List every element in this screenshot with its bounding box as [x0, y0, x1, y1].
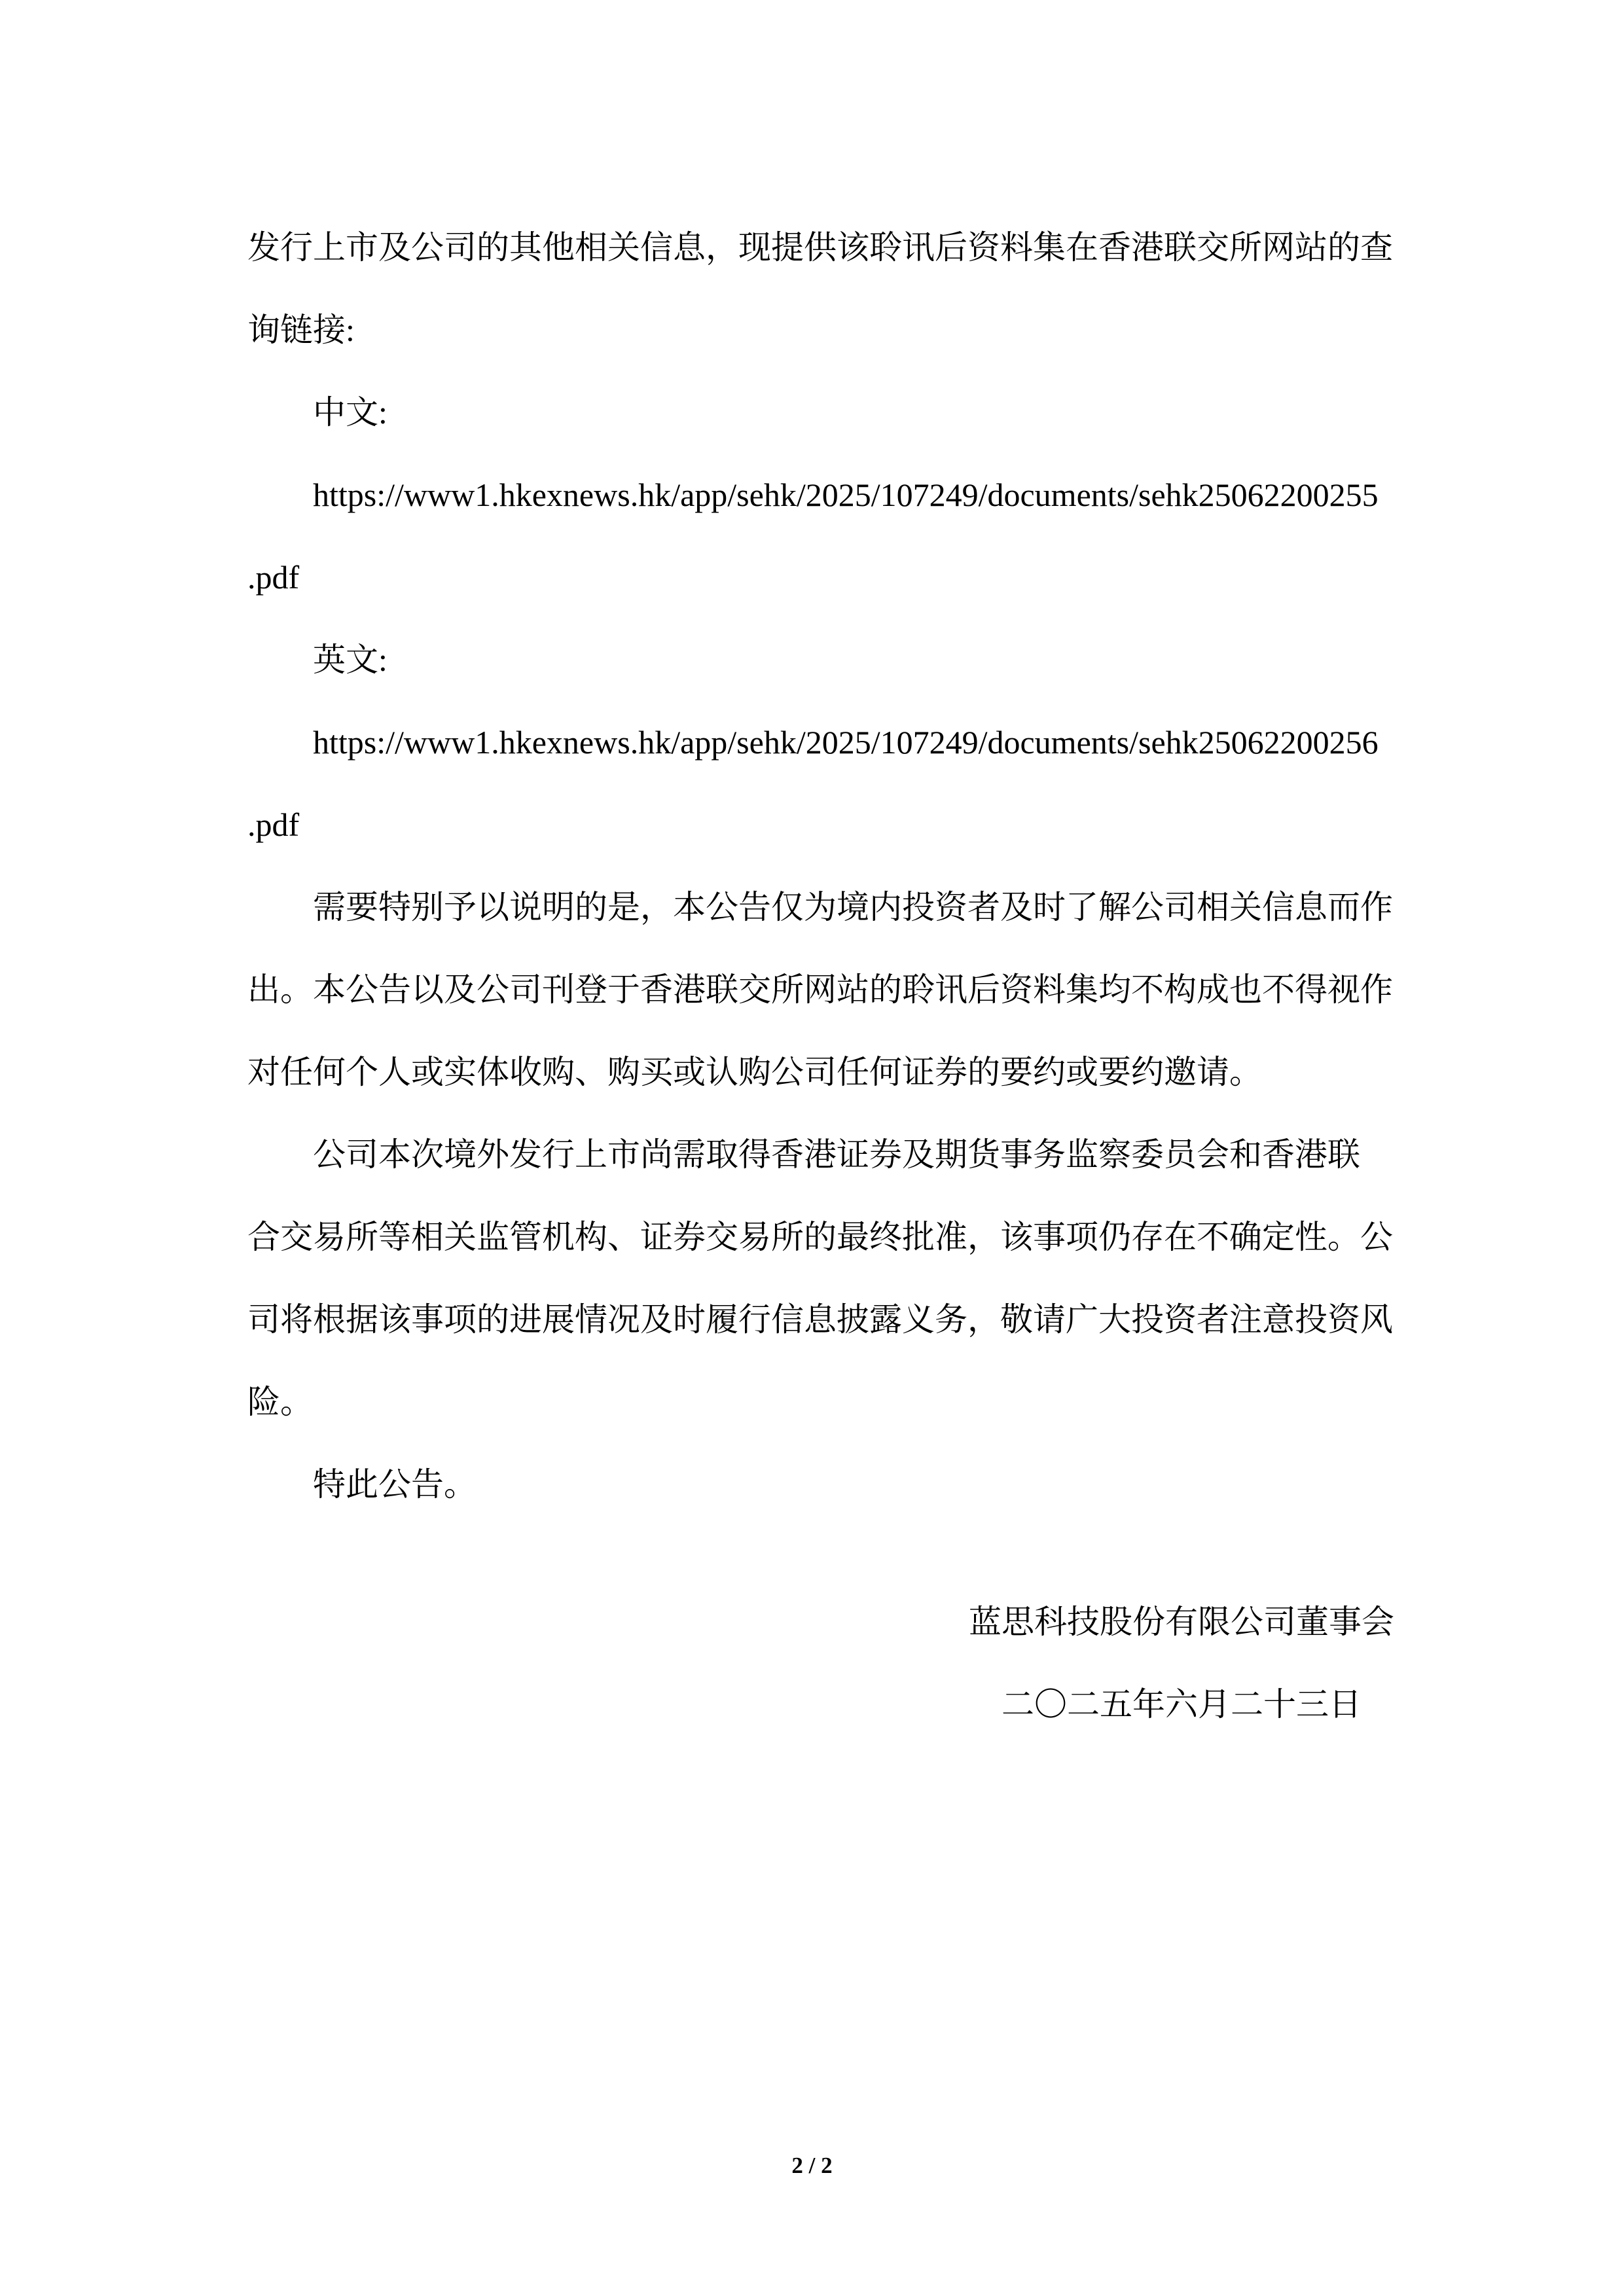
label-chinese-version: 中文: [247, 371, 1426, 454]
signature-block: 蓝思科技股份有限公司董事会 二〇二五年六月二十三日 [247, 1581, 1426, 1746]
label-english-version: 英文: [247, 619, 1426, 701]
document-body: 发行上市及公司的其他相关信息，现提供该聆讯后资料集在香港联交所网站的查 询链接:… [247, 206, 1426, 1746]
page-number: 2 / 2 [791, 2153, 832, 2178]
document-page: 发行上市及公司的其他相关信息，现提供该聆讯后资料集在香港联交所网站的查 询链接:… [0, 0, 1624, 2296]
page-footer: 2 / 2 [0, 2154, 1624, 2177]
signature-date: 二〇二五年六月二十三日 [969, 1663, 1394, 1746]
paragraph-disclaimer: 需要特别予以说明的是，本公告仅为境内投资者及时了解公司相关信息而作 出。本公告以… [247, 866, 1426, 1113]
signature-company: 蓝思科技股份有限公司董事会 [969, 1581, 1394, 1663]
paragraph-approval-risk: 公司本次境外发行上市尚需取得香港证券及期货事务监察委员会和香港联 合交易所等相关… [247, 1113, 1426, 1443]
signature-inner: 蓝思科技股份有限公司董事会 二〇二五年六月二十三日 [969, 1581, 1394, 1746]
url-chinese-pdf: https://www1.hkexnews.hk/app/sehk/2025/1… [247, 454, 1426, 619]
url-english-pdf: https://www1.hkexnews.hk/app/sehk/2025/1… [247, 701, 1426, 866]
closing-statement: 特此公告。 [247, 1443, 1426, 1526]
paragraph-link-intro: 发行上市及公司的其他相关信息，现提供该聆讯后资料集在香港联交所网站的查 询链接: [247, 206, 1426, 371]
